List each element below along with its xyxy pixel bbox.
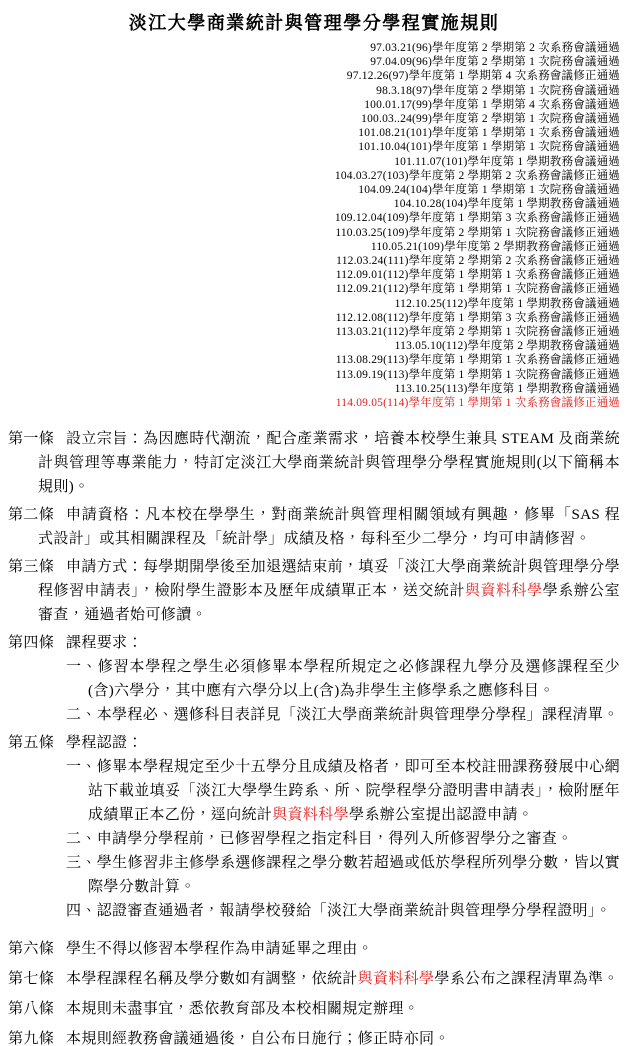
text-segment: 本學程課程名稱及學分數如有調整，依統計: [66, 971, 358, 987]
article-list-item: 三、學生修習非主修學系選修課程之學分數若超過或低於學程所列學分數，皆以實際學分數…: [88, 851, 620, 899]
revision-line: 97.03.21(96)學年度第 2 學期第 2 次系務會議通過: [8, 41, 620, 55]
article-number-label: 第二條: [8, 503, 54, 527]
article-7: 第七條本學程課程名稱及學分數如有調整，依統計與資料科學學系公布之課程清單為準。: [8, 967, 620, 991]
document-title: 淡江大學商業統計與管理學分學程實施規則: [8, 12, 620, 34]
red-amended-text: 與資料科學: [358, 971, 435, 987]
article-number-label: 第七條: [8, 967, 54, 991]
revision-line: 112.03.24(111)學年度第 2 學期第 2 次系務會議修正通過: [8, 254, 620, 268]
text-segment: 申請資格：凡本校在學學生，對商業統計與管理相關領域有興趣，修畢「SAS 程式設計…: [38, 507, 620, 547]
revision-line: 113.09.19(113)學年度第 1 學期第 1 次院務會議修正通過: [8, 368, 620, 382]
revision-line: 104.03.27(103)學年度第 2 學期第 2 次系務會議修正通過: [8, 169, 620, 183]
article-8: 第八條本規則未盡事宜，悉依教育部及本校相關規定辦理。: [8, 997, 620, 1021]
revision-line: 100.01.17(99)學年度第 1 學期第 4 次系務會議通過: [8, 98, 620, 112]
article-list-item: 一、修習本學程之學生必須修畢本學程所規定之必修課程九學分及選修課程至少(含)六學…: [88, 655, 620, 703]
article-paragraph: 本規則未盡事宜，悉依教育部及本校相關規定辦理。: [38, 997, 620, 1021]
revision-line: 97.12.26(97)學年度第 1 學期第 4 次系務會議修正通過: [8, 69, 620, 83]
revision-line: 113.03.21(112)學年度第 2 學期第 1 次院務會議修正通過: [8, 325, 620, 339]
revision-line: 113.05.10(112)學年度第 2 學期教務會議通過: [8, 339, 620, 353]
article-9: 第九條本規則經教務會議通過後，自公布日施行；修正時亦同。: [8, 1027, 620, 1046]
revision-line: 113.10.25(113)學年度第 1 學期教務會議通過: [8, 382, 620, 396]
article-paragraph: 申請資格：凡本校在學學生，對商業統計與管理相關領域有興趣，修畢「SAS 程式設計…: [38, 503, 620, 551]
article-paragraph: 申請方式：每學期開學後至加退選結束前，填妥「淡江大學商業統計與管理學分學程修習申…: [38, 555, 620, 627]
article-number-label: 第八條: [8, 997, 54, 1021]
revision-line: 112.09.01(112)學年度第 1 學期第 1 次系務會議修正通過: [8, 268, 620, 282]
text-segment: 三、學生修習非主修學系選修課程之學分數若超過或低於學程所列學分數，皆以實際學分數…: [66, 855, 620, 895]
revision-line: 101.08.21(101)學年度第 1 學期第 1 次系務會議通過: [8, 126, 620, 140]
article-number-label: 第三條: [8, 555, 54, 579]
revision-line: 100.03..24(99)學年度第 2 學期第 1 次院務會議通過: [8, 112, 620, 126]
article-paragraph: 學程認證：: [38, 731, 620, 755]
article-paragraph: 本規則經教務會議通過後，自公布日施行；修正時亦同。: [38, 1027, 620, 1046]
revision-line: 109.12.04(109)學年度第 1 學期第 3 次系務會議修正通過: [8, 211, 620, 225]
article-3: 第三條申請方式：每學期開學後至加退選結束前，填妥「淡江大學商業統計與管理學分學程…: [8, 555, 620, 627]
text-segment: 學系公布之課程清單為準。: [434, 971, 618, 987]
revision-line: 101.11.07(101)學年度第 1 學期教務會議通過: [8, 155, 620, 169]
text-segment: 學生不得以修習本學程作為申請延畢之理由。: [66, 941, 373, 957]
red-amended-text: 與資料科學: [272, 807, 349, 823]
article-list-item: 二、本學程必、選修科目表詳見「淡江大學商業統計與管理學分學程」課程清單。: [88, 703, 620, 727]
text-segment: 二、申請學分學程前，已修習學程之指定科目，得列入所修習學分之審查。: [66, 831, 573, 847]
revision-list: 97.03.21(96)學年度第 2 學期第 2 次系務會議通過97.04.09…: [8, 41, 620, 410]
article-5: 第五條學程認證：一、修畢本學程規定至少十五學分且成績及格者，即可至本校註冊課務發…: [8, 731, 620, 923]
article-number-label: 第九條: [8, 1027, 54, 1046]
text-segment: 課程要求：: [66, 635, 143, 651]
revision-line: 112.09.21(112)學年度第 1 學期第 1 次院務會議修正通過: [8, 282, 620, 296]
article-paragraph: 課程要求：: [38, 631, 620, 655]
article-paragraph: 設立宗旨：為因應時代潮流，配合產業需求，培養本校學生兼具 STEAM 及商業統計…: [38, 427, 620, 499]
text-segment: 學程認證：: [66, 735, 143, 751]
article-number-label: 第六條: [8, 937, 54, 961]
text-segment: 設立宗旨：為因應時代潮流，配合產業需求，培養本校學生兼具 STEAM 及商業統計…: [38, 431, 620, 495]
article-number-label: 第四條: [8, 631, 54, 655]
revision-line: 101.10.04(101)學年度第 1 學期第 1 次院務會議通過: [8, 140, 620, 154]
text-segment: 本規則未盡事宜，悉依教育部及本校相關規定辦理。: [66, 1001, 419, 1017]
revision-line: 104.09.24(104)學年度第 1 學期第 1 次院務會議通過: [8, 183, 620, 197]
revision-line: 97.04.09(96)學年度第 2 學期第 1 次院務會議通過: [8, 55, 620, 69]
revision-line-latest-red: 114.09.05(114)學年度第 1 學期第 1 次系務會議修正通過: [8, 396, 620, 410]
article-6: 第六條學生不得以修習本學程作為申請延畢之理由。: [8, 937, 620, 961]
red-amended-text: 與資料科學: [465, 583, 543, 599]
article-4: 第四條課程要求：一、修習本學程之學生必須修畢本學程所規定之必修課程九學分及選修課…: [8, 631, 620, 727]
article-number-label: 第一條: [8, 427, 54, 451]
revision-line: 113.08.29(113)學年度第 1 學期第 1 次系務會議修正通過: [8, 353, 620, 367]
text-segment: 四、認證審查通過者，報請學校發給「淡江大學商業統計與管理學分學程證明」。: [66, 903, 611, 919]
article-2: 第二條申請資格：凡本校在學學生，對商業統計與管理相關領域有興趣，修畢「SAS 程…: [8, 503, 620, 551]
articles: 第一條設立宗旨：為因應時代潮流，配合產業需求，培養本校學生兼具 STEAM 及商…: [8, 427, 620, 1046]
revision-line: 110.05.21(109)學年度第 2 學期教務會議修正通過: [8, 240, 620, 254]
revision-line: 104.10.28(104)學年度第 1 學期教務會議通過: [8, 197, 620, 211]
revision-line: 110.03.25(109)學年度第 2 學期第 1 次院務會議修正通過: [8, 226, 620, 240]
article-paragraph: 學生不得以修習本學程作為申請延畢之理由。: [38, 937, 620, 961]
document-page: 淡江大學商業統計與管理學分學程實施規則 97.03.21(96)學年度第 2 學…: [0, 0, 627, 1046]
revision-line: 112.12.08(112)學年度第 1 學期第 3 次系務會議修正通過: [8, 311, 620, 325]
article-number-label: 第五條: [8, 731, 54, 755]
article-list-item: 二、申請學分學程前，已修習學程之指定科目，得列入所修習學分之審查。: [88, 827, 620, 851]
article-1: 第一條設立宗旨：為因應時代潮流，配合產業需求，培養本校學生兼具 STEAM 及商…: [8, 427, 620, 499]
article-paragraph: 本學程課程名稱及學分數如有調整，依統計與資料科學學系公布之課程清單為準。: [38, 967, 620, 991]
revision-line: 112.10.25(112)學年度第 1 學期教務會議通過: [8, 297, 620, 311]
article-list-item: 一、修畢本學程規定至少十五學分且成績及格者，即可至本校註冊課務發展中心網站下載並…: [88, 755, 620, 827]
text-segment: 一、修習本學程之學生必須修畢本學程所規定之必修課程九學分及選修課程至少(含)六學…: [66, 659, 620, 699]
text-segment: 學系辦公室提出認證申請。: [349, 807, 533, 823]
article-list-item: 四、認證審查通過者，報請學校發給「淡江大學商業統計與管理學分學程證明」。: [88, 899, 620, 923]
text-segment: 本規則經教務會議通過後，自公布日施行；修正時亦同。: [66, 1031, 450, 1046]
revision-line: 98.3.18(97)學年度第 2 學期第 1 次院務會議通過: [8, 84, 620, 98]
text-segment: 二、本學程必、選修科目表詳見「淡江大學商業統計與管理學分學程」課程清單。: [66, 707, 619, 723]
